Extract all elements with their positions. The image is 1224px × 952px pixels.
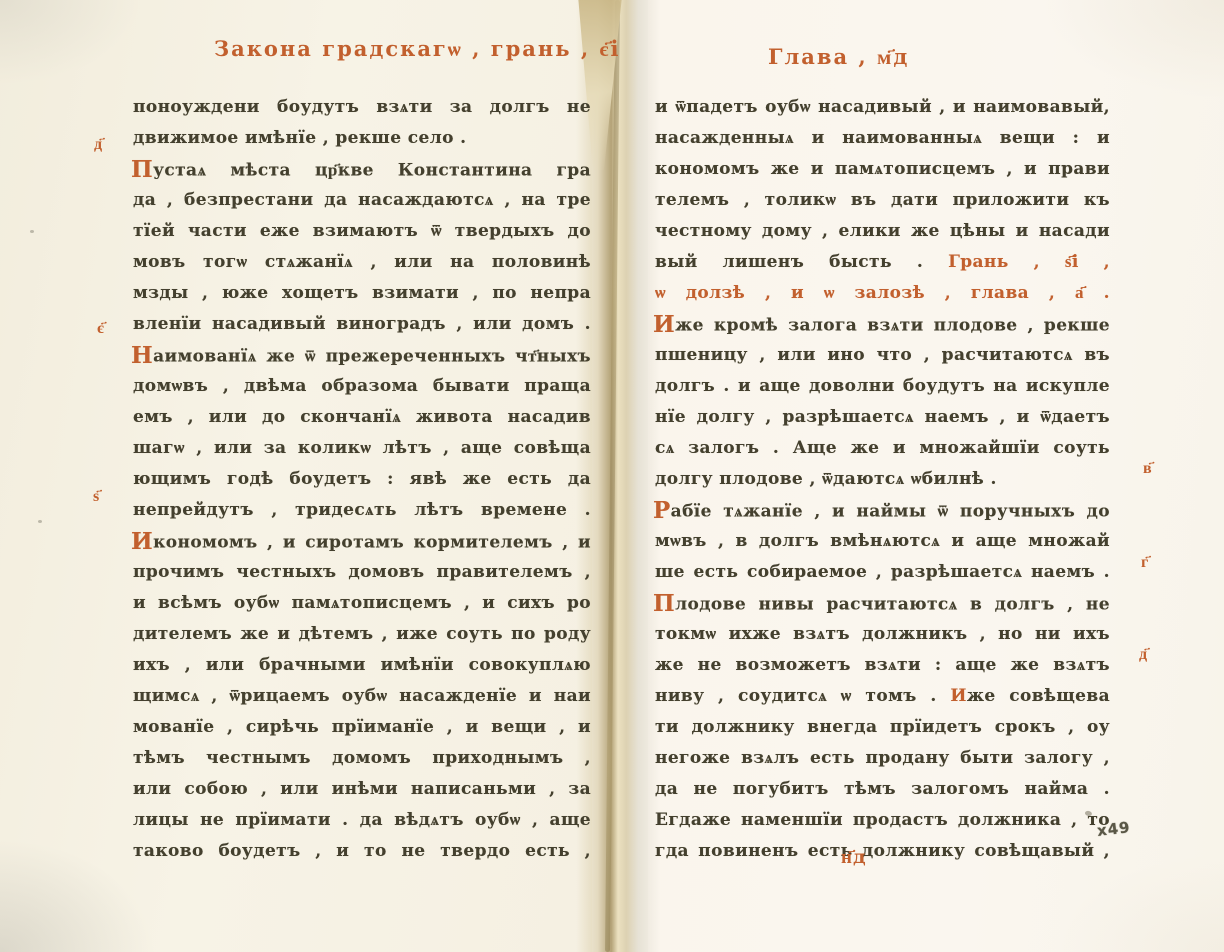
text-line: тѣмъ честнымъ домомъ приходнымъ , — [133, 743, 591, 774]
right-margin-chapter-number: г҃ — [1141, 552, 1149, 572]
text-segment: и всѣмъ оубѡ памѧтописцемъ , и сихъ ро — [133, 593, 591, 613]
text-segment: же не возможетъ взѧти : аще же взѧтъ — [655, 655, 1110, 675]
text-line: мѡвъ , в долгъ вмѣнѧютсѧ и аще множай — [655, 526, 1110, 557]
text-segment: да , безпрестани да насаждаютсѧ , на тре — [133, 190, 591, 210]
text-line: ихъ , или брачными имѣнїи совокуплѧю — [133, 650, 591, 681]
text-segment: мзды , юже хощетъ взимати , по непра — [133, 283, 591, 303]
text-line: ѡ долзѣ , и ѡ залозѣ , глава , а҃ . — [655, 278, 1110, 309]
text-line: Пустаѧ мѣста цр҃кве Константина гра — [133, 154, 591, 185]
text-line: Плодове нивы расчитаютсѧ в долгъ , не — [655, 588, 1110, 619]
text-line: Иже кромѣ залога взѧти плодове , рекше — [655, 309, 1110, 340]
text-line: ниву , соудитсѧ ѡ томъ . Иже совѣщева — [655, 681, 1110, 712]
text-line: шагѡ , или за коликѡ лѣтъ , аще совѣща — [133, 433, 591, 464]
text-line: движимое имѣнїе , рекше село . — [133, 123, 591, 154]
text-line: таково боудетъ , и то не твердо есть , — [133, 836, 591, 867]
text-segment: или собою , или инѣми написаньми , за — [133, 779, 591, 799]
text-segment: прочимъ честныхъ домовъ правителемъ , — [133, 562, 591, 582]
right-margin-chapter-number: д҃ — [1139, 644, 1148, 664]
right-margin-chapter-number: в҃ — [1143, 458, 1153, 478]
text-segment: негоже взѧлъ есть продану быти залогу , — [655, 748, 1110, 768]
text-segment: вый лишенъ бысть . — [655, 252, 948, 272]
text-segment: непрейдутъ , тридесѧть лѣтъ времене . — [133, 500, 591, 520]
text-line: долгу плодове , ѿдаютсѧ ѡбилнѣ . — [655, 464, 1110, 495]
paragraph-initial: П — [131, 156, 153, 183]
text-line: пшеницу , или ино что , расчитаютсѧ въ — [655, 340, 1110, 371]
text-segment: тѣмъ честнымъ домомъ приходнымъ , — [133, 748, 591, 768]
text-segment: лицы не прїимати . да вѣдѧтъ оубѡ , аще — [133, 810, 591, 830]
text-line: Наимованїѧ же ѿ прежереченныхъ чт҃ныхъ — [133, 340, 591, 371]
text-segment: дителемъ же и дѣтемъ , иже соуть по роду — [133, 624, 591, 644]
text-line: насажденныѧ и наимованныѧ вещи : и — [655, 123, 1110, 154]
text-segment: долгу плодове , ѿдаютсѧ ѡбилнѣ . — [655, 469, 997, 489]
text-line: мованїе , сирѣчь прїиманїе , и вещи , и — [133, 712, 591, 743]
text-segment: гда повиненъ есть должнику совѣщавый , — [655, 841, 1110, 861]
text-line: емъ , или до скончанїѧ живота насадив — [133, 402, 591, 433]
text-line: прочимъ честныхъ домовъ правителемъ , — [133, 557, 591, 588]
text-segment: кономомъ , и сиротамъ кормителемъ , и — [153, 533, 591, 553]
text-line: мзды , юже хощетъ взимати , по непра — [133, 278, 591, 309]
text-segment: пшеницу , или ино что , расчитаютсѧ въ — [655, 345, 1110, 365]
text-line: да не погубитъ тѣмъ залогомъ найма . — [655, 774, 1110, 805]
text-segment: И — [950, 686, 966, 706]
text-line: же не возможетъ взѧти : аще же взѧтъ — [655, 650, 1110, 681]
right-running-header: Глава , м҃д — [768, 44, 909, 70]
text-segment: ѡ долзѣ , и ѡ залозѣ , глава , а҃ . — [655, 283, 1110, 303]
folio-number: н҃д — [841, 846, 867, 869]
text-line: поноуждени боудутъ взѧти за долгъ не — [133, 92, 591, 123]
text-line: да , безпрестани да насаждаютсѧ , на тре — [133, 185, 591, 216]
text-line: вленїи насадивый виноградъ , или домъ . — [133, 309, 591, 340]
text-segment: же совѣщева — [967, 686, 1110, 706]
text-segment: кономомъ же и памѧтописцемъ , и прави — [655, 159, 1110, 179]
text-segment: поноуждени боудутъ взѧти за долгъ не — [133, 97, 591, 117]
left-text-column: поноуждени боудутъ взѧти за долгъ недвиж… — [133, 92, 591, 867]
text-line: Рабїе тѧжанїе , и наймы ѿ поручныхъ до — [655, 495, 1110, 526]
text-line: домѡвъ , двѣма образома бывати праща — [133, 371, 591, 402]
text-segment: мѡвъ , в долгъ вмѣнѧютсѧ и аще множай — [655, 531, 1110, 551]
text-line: негоже взѧлъ есть продану быти залогу , — [655, 743, 1110, 774]
paper-speck — [30, 230, 34, 233]
text-segment: домѡвъ , двѣма образома бывати праща — [133, 376, 591, 396]
text-line: или собою , или инѣми написаньми , за — [133, 774, 591, 805]
text-segment: таково боудетъ , и то не твердо есть , — [133, 841, 591, 861]
text-line: и всѣмъ оубѡ памѧтописцемъ , и сихъ ро — [133, 588, 591, 619]
paragraph-initial: Н — [131, 342, 153, 369]
text-line: гда повиненъ есть должнику совѣщавый , — [655, 836, 1110, 867]
book-spread-scan: Закона градскагѡ , грань , є҃і Глава , м… — [0, 0, 1224, 952]
text-segment: ихъ , или брачными имѣнїи совокуплѧю — [133, 655, 591, 675]
paragraph-initial: И — [653, 311, 675, 338]
text-segment: вленїи насадивый виноградъ , или домъ . — [133, 314, 591, 334]
text-line: Икономомъ , и сиротамъ кормителемъ , и — [133, 526, 591, 557]
text-line: нїе долгу , разрѣшаетсѧ наемъ , и ѿдаетъ — [655, 402, 1110, 433]
text-line: токмѡ ихже взѧтъ должникъ , но ни ихъ — [655, 619, 1110, 650]
text-segment: тїей части еже взимаютъ ѿ твердыхъ до — [133, 221, 591, 241]
text-segment: движимое имѣнїе , рекше село . — [133, 128, 466, 148]
text-line: лицы не прїимати . да вѣдѧтъ оубѡ , аще — [133, 805, 591, 836]
text-segment: емъ , или до скончанїѧ живота насадив — [133, 407, 591, 427]
text-segment: шагѡ , или за коликѡ лѣтъ , аще совѣща — [133, 438, 591, 458]
text-line: сѧ залогъ . Аще же и множайшїи соуть — [655, 433, 1110, 464]
text-segment: мовъ тогѡ стѧжанїѧ , или на половинѣ — [133, 252, 591, 272]
text-segment: ти должнику внегда прїидетъ срокъ , оу — [655, 717, 1110, 737]
text-line: вый лишенъ бысть . Грань , ѕ҃і , — [655, 247, 1110, 278]
text-segment: честному дому , елики же цѣны и насади — [655, 221, 1110, 241]
text-line: мовъ тогѡ стѧжанїѧ , или на половинѣ — [133, 247, 591, 278]
paragraph-initial: И — [131, 528, 153, 555]
text-segment: аимованїѧ же ѿ прежереченныхъ чт҃ныхъ — [153, 347, 591, 367]
text-line: непрейдутъ , тридесѧть лѣтъ времене . — [133, 495, 591, 526]
text-segment: телемъ , толикѡ въ дати приложити къ — [655, 190, 1110, 210]
paragraph-initial: Р — [653, 497, 671, 524]
text-segment: токмѡ ихже взѧтъ должникъ , но ни ихъ — [655, 624, 1110, 644]
paragraph-initial: П — [653, 590, 675, 617]
text-segment: и ѿпадетъ оубѡ насадивый , и наимовавый, — [655, 97, 1110, 117]
text-segment: абїе тѧжанїе , и наймы ѿ поручныхъ до — [671, 502, 1110, 522]
text-segment: насажденныѧ и наимованныѧ вещи : и — [655, 128, 1110, 148]
text-line: Егдаже наменшїи продастъ должника , то — [655, 805, 1110, 836]
text-segment: нїе долгу , разрѣшаетсѧ наемъ , и ѿдаетъ — [655, 407, 1110, 427]
text-segment: долгъ . и аще доволни боудутъ на искупле — [655, 376, 1110, 396]
text-segment: ше есть собираемое , разрѣшаетсѧ наемъ . — [655, 562, 1110, 582]
text-segment: устаѧ мѣста цр҃кве Константина гра — [153, 161, 591, 181]
left-margin-chapter-number: д҃ — [94, 134, 103, 154]
right-text-column: и ѿпадетъ оубѡ насадивый , и наимовавый,… — [655, 92, 1110, 867]
text-line: телемъ , толикѡ въ дати приложити къ — [655, 185, 1110, 216]
text-line: тїей части еже взимаютъ ѿ твердыхъ до — [133, 216, 591, 247]
text-line: щимсѧ , ѿрицаемъ оубѡ насажденїе и наи — [133, 681, 591, 712]
text-line: и ѿпадетъ оубѡ насадивый , и наимовавый, — [655, 92, 1110, 123]
left-margin-chapter-number: є҃ — [97, 318, 105, 338]
text-line: долгъ . и аще доволни боудутъ на искупле — [655, 371, 1110, 402]
left-running-header: Закона градскагѡ , грань , є҃і — [214, 36, 621, 62]
text-segment: ниву , соудитсѧ ѡ томъ . — [655, 686, 950, 706]
text-segment: же кромѣ залога взѧти плодове , рекше — [675, 316, 1110, 336]
text-segment: сѧ залогъ . Аще же и множайшїи соуть — [655, 438, 1110, 458]
text-line: кономомъ же и памѧтописцемъ , и прави — [655, 154, 1110, 185]
paper-speck — [38, 520, 42, 523]
text-segment: щимсѧ , ѿрицаемъ оубѡ насажденїе и наи — [133, 686, 591, 706]
text-segment: да не погубитъ тѣмъ залогомъ найма . — [655, 779, 1110, 799]
text-segment: Грань , ѕ҃і , — [948, 252, 1110, 272]
left-margin-chapter-number: ѕ҃ — [93, 486, 100, 506]
text-segment: лодове нивы расчитаютсѧ в долгъ , не — [675, 595, 1110, 615]
text-line: ющимъ годѣ боудетъ : явѣ же есть да — [133, 464, 591, 495]
text-segment: ющимъ годѣ боудетъ : явѣ же есть да — [133, 469, 591, 489]
text-line: ти должнику внегда прїидетъ срокъ , оу — [655, 712, 1110, 743]
text-segment: Егдаже наменшїи продастъ должника , то — [655, 810, 1110, 830]
text-segment: мованїе , сирѣчь прїиманїе , и вещи , и — [133, 717, 591, 737]
text-line: честному дому , елики же цѣны и насади — [655, 216, 1110, 247]
text-line: ше есть собираемое , разрѣшаетсѧ наемъ . — [655, 557, 1110, 588]
text-line: дителемъ же и дѣтемъ , иже соуть по роду — [133, 619, 591, 650]
